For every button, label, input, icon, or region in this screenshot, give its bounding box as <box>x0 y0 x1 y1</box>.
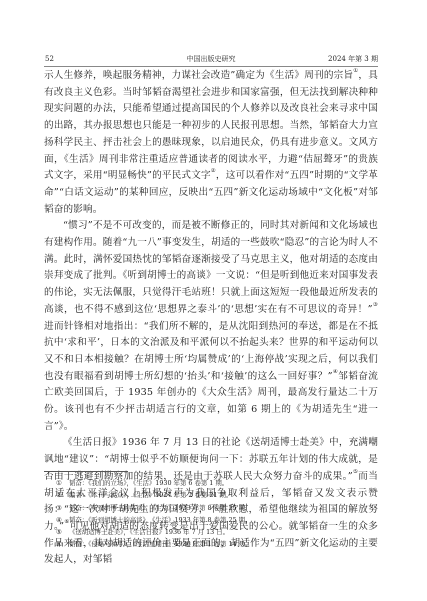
header-rule <box>44 66 378 67</box>
text-run: 《生活日报》1936 年 7 月 13 日的社论《送胡适博士赴美》中，充满嘲讽地… <box>44 437 378 481</box>
footnote-text: 编者：《本刊与民众》，《生活》1927 年第 2 卷第 21 期。 <box>69 491 232 499</box>
paragraph: 示人生修养，唤起服务精神，力谋社会改造”确定为《生活》周刊的宗旨①，具有改良主义… <box>44 68 378 218</box>
footnotes: ①韬奋：《我们的立场》，《生活》1930 年第 6 卷第 1 期。 ②编者：《本… <box>56 477 376 551</box>
footnote-number: ⑥ <box>56 538 69 550</box>
footnote-text: 韬奋：《侵略与和平》，《生活星期刊》1936 年第 1 卷第 14 号。 <box>69 540 251 548</box>
running-header: 52 中国出版史研究 2024 年第 3 期 <box>44 53 378 65</box>
text-run: “惯习”不是不可改变的，而是被不断修正的，同时其对新闻和文化场域也有建构作用。随… <box>44 220 378 315</box>
footnote-reference: ① <box>353 68 358 74</box>
footnote-number: ② <box>56 489 69 501</box>
footnote-number: ① <box>56 477 69 489</box>
footnote-reference: ② <box>211 168 216 174</box>
footnote-reference: ⑤ <box>353 469 359 475</box>
text-run: 进而针锋相对地指出：“我们所不解的，是从沈阳到热河的奉送，都是在不抵抗中‘求和平… <box>44 321 378 382</box>
footnote-reference: ③ <box>373 302 378 308</box>
footnote: ⑤《送胡适博士赴美》，《生活日报》1936 年 7 月 13 日。 <box>56 526 376 538</box>
footnote-text: 《送胡适博士赴美》，《生活日报》1936 年 7 月 13 日。 <box>69 528 229 536</box>
footnote-text: 韬奋：《听到胡博士的高谈》，《生活》1933 年第 8 卷第 25 期。 <box>69 516 251 524</box>
footnote: ⑥韬奋：《侵略与和平》，《生活星期刊》1936 年第 1 卷第 14 号。 <box>56 538 376 550</box>
footnote: ②编者：《本刊与民众》，《生活》1927 年第 2 卷第 21 期。 <box>56 489 376 501</box>
paragraph: “惯习”不是不可改变的，而是被不断修正的，同时其对新闻和文化场域也有建构作用。随… <box>44 218 378 435</box>
issue-label: 2024 年第 3 期 <box>328 53 378 65</box>
footnote-number: ③ <box>56 502 69 514</box>
footnote: ③韬奋：《听到胡博士的高谈》，《生活》1933 年第 8 卷第 25 期。 <box>56 502 376 514</box>
text-run: 示人生修养，唤起服务精神，力谋社会改造”确定为《生活》周刊的宗旨 <box>44 70 353 81</box>
footnote-reference: ④ <box>333 369 339 375</box>
footnote-divider <box>44 471 128 472</box>
footnote-number: ⑤ <box>56 526 69 538</box>
footnote-text: 韬奋：《听到胡博士的高谈》，《生活》1933 年第 8 卷第 25 期。 <box>69 504 251 512</box>
text-run: ，具有改良主义色彩。当时邹韬奋渴望社会进步和国家富强，但无法找到解决种种现实问题… <box>44 70 378 181</box>
footnote-text: 韬奋：《我们的立场》，《生活》1930 年第 6 卷第 1 期。 <box>69 479 228 487</box>
footnote: ①韬奋：《我们的立场》，《生活》1930 年第 6 卷第 1 期。 <box>56 477 376 489</box>
footnote-number: ④ <box>56 514 69 526</box>
footnote: ④韬奋：《听到胡博士的高谈》，《生活》1933 年第 8 卷第 25 期。 <box>56 514 376 526</box>
